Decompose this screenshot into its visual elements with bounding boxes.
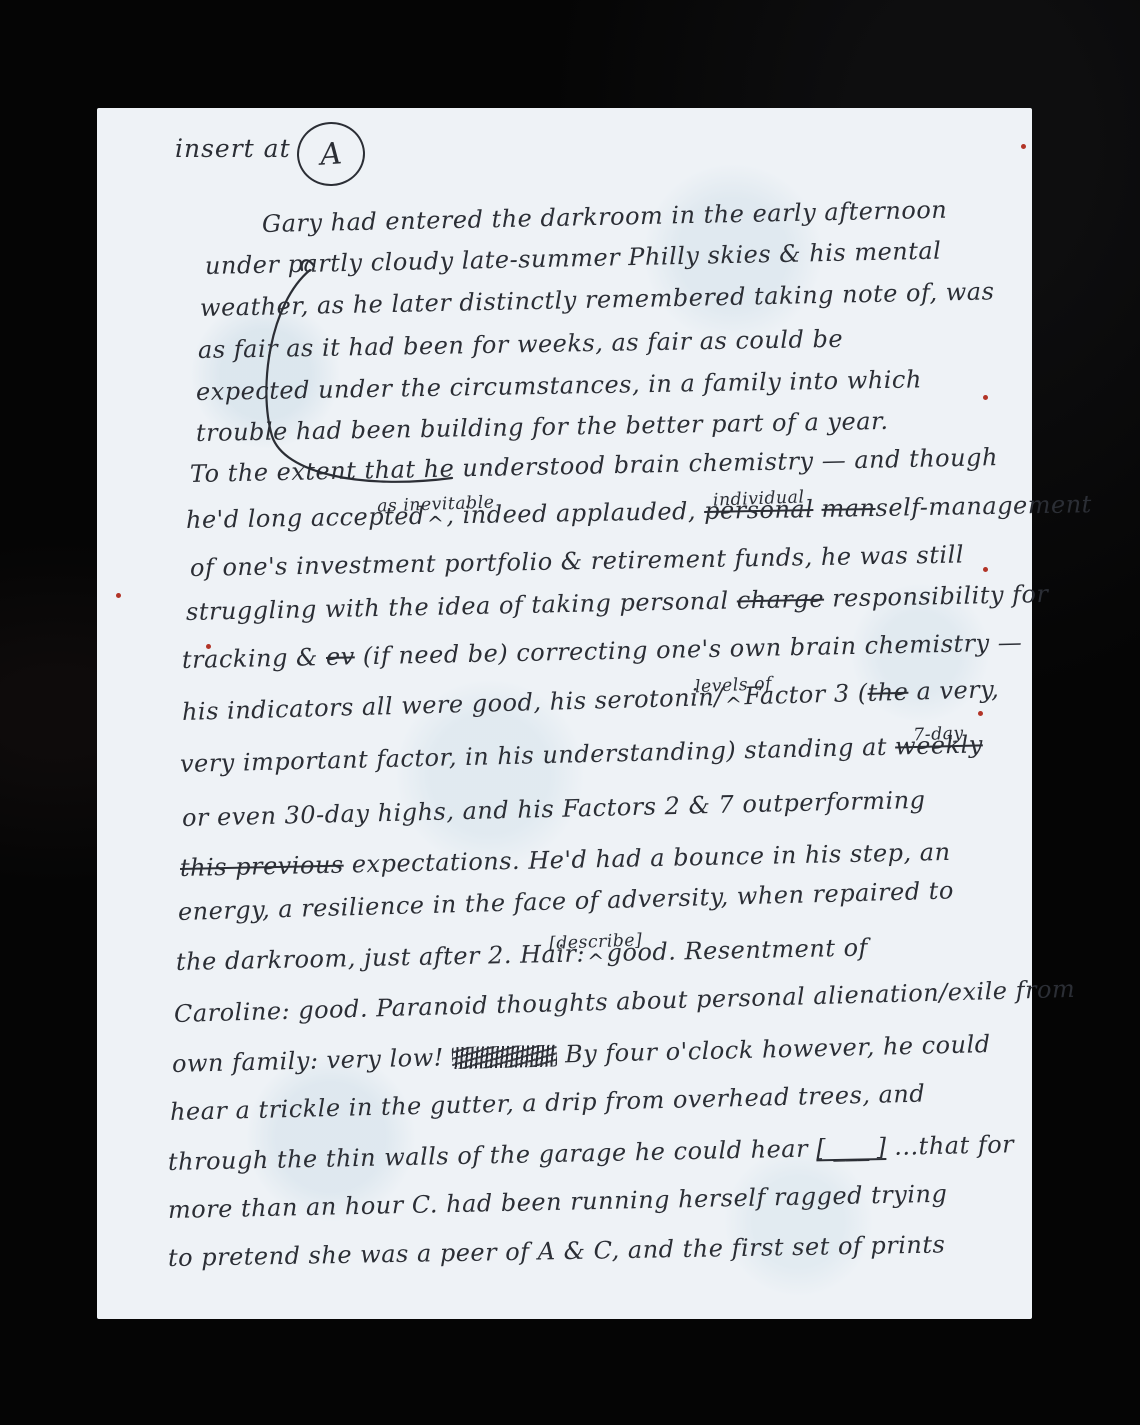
red-ink-speck [983, 395, 988, 400]
replaced-text: individualpersonal [704, 497, 814, 523]
handwritten-text: a very, [908, 675, 1000, 706]
replacement-text: 7-day [913, 726, 964, 745]
red-ink-speck [983, 567, 988, 572]
handwritten-text: good. Resentment of [606, 934, 868, 967]
handwritten-text: responsibility for [824, 580, 1049, 613]
handwritten-text: ...that for [886, 1130, 1015, 1161]
scanned-page-stage: insert at A Gary had entered the darkroo… [0, 0, 1140, 1425]
insertion-point: levels of^ [722, 684, 744, 709]
blank-placeholder: [ ___ ] [816, 1133, 887, 1162]
replacement-text: individual [713, 490, 805, 510]
insertion-point: as inevitable^ [425, 503, 447, 527]
red-ink-speck [116, 593, 121, 598]
red-ink-speck [206, 644, 211, 649]
insert-note-label: insert at [175, 134, 291, 163]
strikethrough-text: charge [737, 585, 825, 615]
strikethrough-text: man [821, 494, 876, 523]
strikethrough-text: ev [326, 642, 355, 671]
caret-mark: ^ [585, 951, 607, 972]
scribbled-out-word [452, 1045, 557, 1069]
red-ink-speck [1021, 144, 1026, 149]
strikethrough-text: this previous [180, 851, 344, 882]
handwritten-text: self-management [875, 490, 1092, 522]
caret-mark: ^ [723, 694, 745, 715]
red-ink-speck [978, 711, 983, 716]
insertion-point: [describe]^ [585, 941, 607, 965]
caret-mark: ^ [425, 514, 447, 535]
replaced-text: 7-dayweekly [895, 732, 983, 758]
strikethrough-text: the [867, 678, 909, 707]
circled-letter-text: A [319, 136, 343, 172]
insert-note-text: insert at [175, 134, 291, 163]
handwritten-text: tracking & [182, 643, 327, 674]
